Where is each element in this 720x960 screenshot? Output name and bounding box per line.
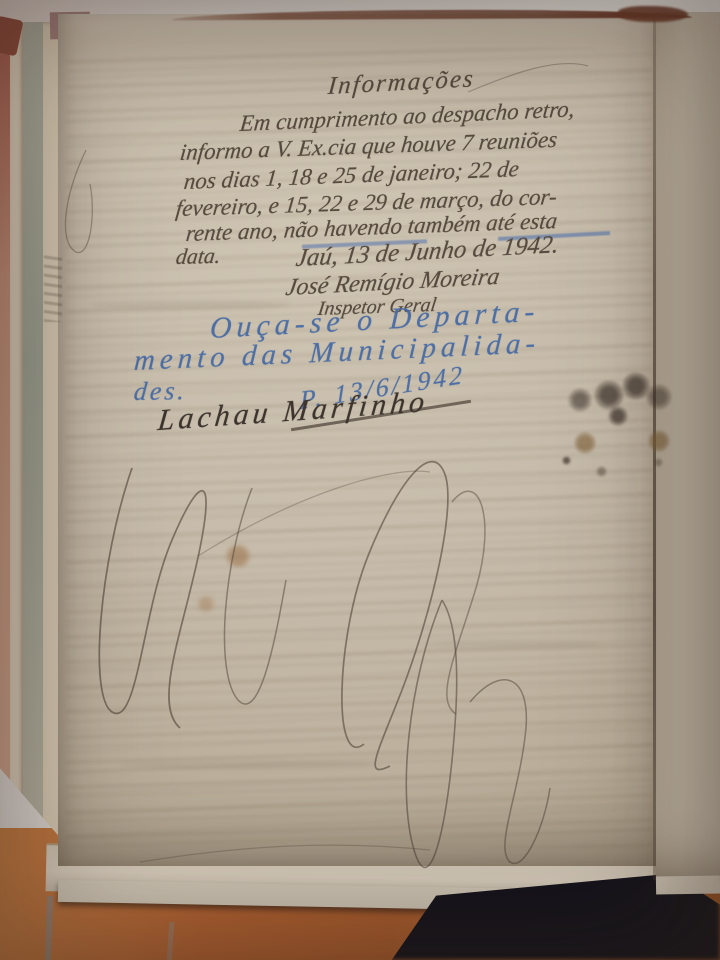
ink-stain-dot bbox=[596, 466, 607, 477]
smudge-streak bbox=[420, 640, 600, 648]
page-edge-strip bbox=[10, 22, 23, 870]
blue-annotation-line: des. bbox=[133, 378, 188, 405]
ink-stain-dot bbox=[654, 458, 663, 467]
margin-pencil-smudge bbox=[44, 252, 62, 322]
paper-stain bbox=[196, 596, 216, 612]
ink-stain-dot bbox=[646, 384, 672, 410]
stacked-page-edges-left bbox=[0, 22, 66, 870]
ink-stain-dot bbox=[562, 456, 571, 465]
ink-stain-dot bbox=[568, 388, 592, 412]
paper-stain bbox=[224, 544, 252, 568]
ink-stain-dot bbox=[574, 432, 596, 454]
handwritten-body-line: data. bbox=[175, 245, 222, 268]
page-edge-strip bbox=[23, 22, 43, 870]
cover-top-edge-stain bbox=[618, 6, 688, 22]
page-edge-strip bbox=[0, 22, 10, 870]
smudge-streak bbox=[120, 760, 380, 770]
ink-stain-dot bbox=[608, 406, 628, 426]
ink-stain-cluster bbox=[552, 340, 702, 500]
photo-of-handwritten-document: Informações Em cumprimento ao despacho r… bbox=[0, 0, 720, 960]
ink-stain-dot bbox=[648, 430, 670, 452]
adjacent-page-bottom-edge bbox=[656, 875, 720, 894]
